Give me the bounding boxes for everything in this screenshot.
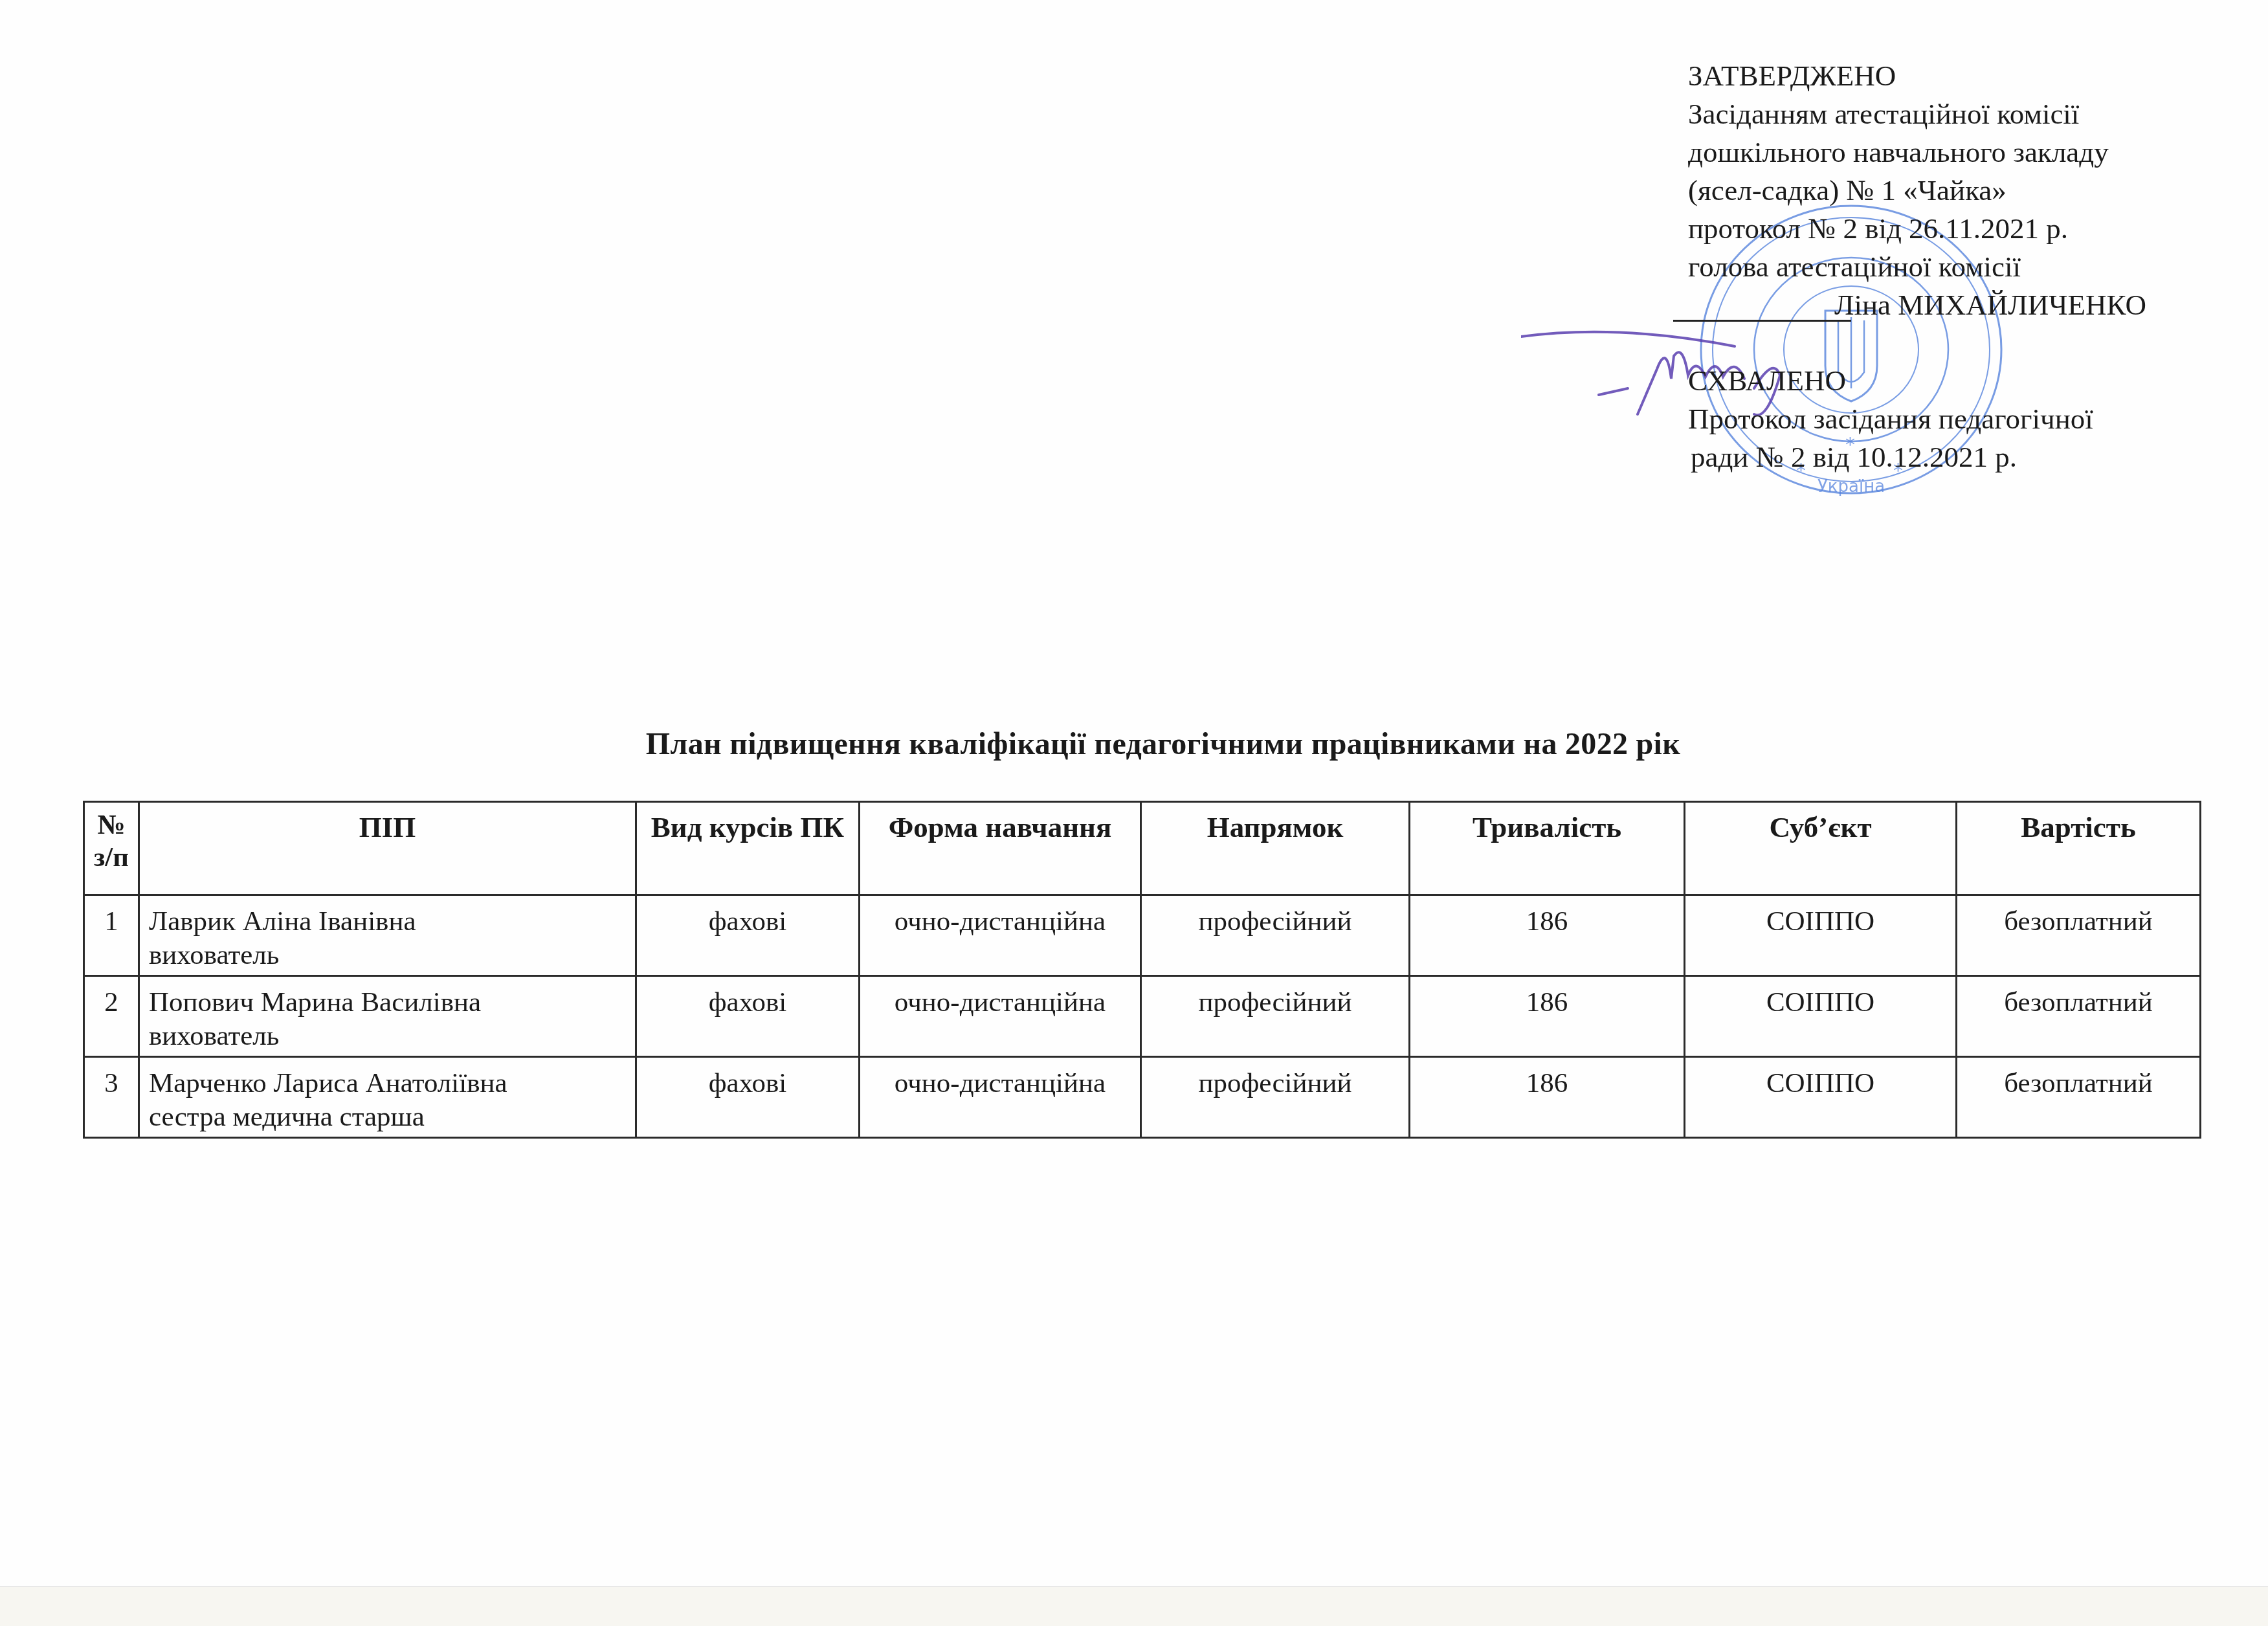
cell-provider: СОІППО <box>1685 1057 1957 1138</box>
cell-number: 1 <box>84 895 139 976</box>
cell-cost: безоплатний <box>1957 895 2201 976</box>
employee-name: Марченко Лариса Анатоліївна <box>149 1067 630 1100</box>
approved-line: дошкільного навчального закладу <box>1688 133 2146 172</box>
signature-underline <box>1673 320 1851 322</box>
header-duration: Тривалість <box>1410 802 1685 895</box>
signer-line: Ліна МИХАЙЛИЧЕНКО <box>1688 286 2146 324</box>
cell-cost: безоплатний <box>1957 976 2201 1057</box>
training-plan-table: № з/п ПІП Вид курсів ПК Форма навчання Н… <box>83 801 2201 1139</box>
cell-provider: СОІППО <box>1685 895 1957 976</box>
employee-name: Лаврик Аліна Іванівна <box>149 905 630 939</box>
cell-direction: професійний <box>1141 976 1410 1057</box>
endorsed-heading: СХВАЛЕНО <box>1688 362 2146 400</box>
cell-number: 2 <box>84 976 139 1057</box>
table-header-row: № з/п ПІП Вид курсів ПК Форма навчання Н… <box>84 802 2201 895</box>
cell-provider: СОІППО <box>1685 976 1957 1057</box>
approved-line: голова атестаційної комісії <box>1688 248 2146 286</box>
header-number: № з/п <box>84 802 139 895</box>
cell-course-type: фахові <box>636 895 860 976</box>
cell-direction: професійний <box>1141 1057 1410 1138</box>
employee-position: сестра медична старша <box>149 1100 630 1134</box>
scan-edge <box>0 1586 2268 1626</box>
header-provider: Суб’єкт <box>1685 802 1957 895</box>
header-cost: Вартість <box>1957 802 2201 895</box>
cell-course-type: фахові <box>636 1057 860 1138</box>
employee-position: вихователь <box>149 1019 630 1053</box>
header-study-form: Форма навчання <box>860 802 1141 895</box>
header-direction: Напрямок <box>1141 802 1410 895</box>
approved-line: Засіданням атестаційної комісії <box>1688 95 2146 133</box>
header-name: ПІП <box>139 802 636 895</box>
table-row: 2 Попович Марина Василівна вихователь фа… <box>84 976 2201 1057</box>
approval-block: ЗАТВЕРДЖЕНО Засіданням атестаційної комі… <box>1688 57 2146 476</box>
approved-heading: ЗАТВЕРДЖЕНО <box>1688 57 2146 95</box>
cell-direction: професійний <box>1141 895 1410 976</box>
table-row: 1 Лаврик Аліна Іванівна вихователь фахов… <box>84 895 2201 976</box>
approved-line: (ясел-садка) № 1 «Чайка» <box>1688 172 2146 210</box>
page-title: План підвищення кваліфікації педагогічни… <box>0 726 2268 762</box>
cell-duration: 186 <box>1410 1057 1685 1138</box>
cell-name: Лаврик Аліна Іванівна вихователь <box>139 895 636 976</box>
employee-position: вихователь <box>149 939 630 972</box>
cell-study-form: очно-дистанційна <box>860 895 1141 976</box>
employee-name: Попович Марина Василівна <box>149 986 630 1019</box>
cell-duration: 186 <box>1410 976 1685 1057</box>
cell-study-form: очно-дистанційна <box>860 976 1141 1057</box>
cell-name: Попович Марина Василівна вихователь <box>139 976 636 1057</box>
signer-name: Ліна МИХАЙЛИЧЕНКО <box>1834 289 2146 321</box>
cell-cost: безоплатний <box>1957 1057 2201 1138</box>
cell-duration: 186 <box>1410 895 1685 976</box>
table-row: 3 Марченко Лариса Анатоліївна сестра мед… <box>84 1057 2201 1138</box>
endorsed-line: Протокол засідання педагогічної <box>1688 400 2146 438</box>
header-course-type: Вид курсів ПК <box>636 802 860 895</box>
cell-course-type: фахові <box>636 976 860 1057</box>
cell-number: 3 <box>84 1057 139 1138</box>
approved-protocol: протокол № 2 від 26.11.2021 р. <box>1688 210 2146 248</box>
cell-study-form: очно-дистанційна <box>860 1057 1141 1138</box>
endorsed-protocol: ради № 2 від 10.12.2021 р. <box>1688 438 2146 476</box>
cell-name: Марченко Лариса Анатоліївна сестра медич… <box>139 1057 636 1138</box>
